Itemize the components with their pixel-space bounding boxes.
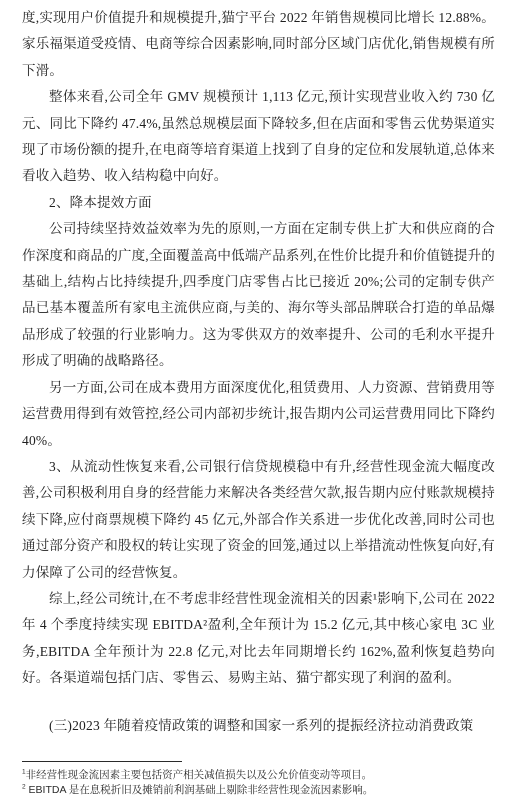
paragraph-gmv-summary: 整体来看,公司全年 GMV 规模预计 1,113 亿元,预计实现营业收入约 73… (22, 84, 495, 190)
paragraph-ebitda-summary: 综上,经公司统计,在不考虑非经营性现金流相关的因素¹影响下,公司在 2022 年… (22, 586, 495, 692)
paragraph-maoning-growth: 度,实现用户价值提升和规模提升,猫宁平台 2022 年销售规模同比增长 12.8… (22, 5, 495, 84)
footnote-2: 2 EBITDA 是在息税折旧及摊销前利润基础上剔除非经营性现金流因素影响。 (22, 783, 495, 798)
document-page: 度,实现用户价值提升和规模提升,猫宁平台 2022 年销售规模同比增长 12.8… (0, 0, 518, 802)
footnote-divider (22, 761, 182, 762)
heading-cost-reduction-section: 2、降本提效方面 (22, 190, 495, 216)
footnote-1: 1非经营性现金流因素主要包括资产相关减值损失以及公允价值变动等项目。 (22, 768, 495, 783)
footnote-1-text: 非经营性现金流因素主要包括资产相关减值损失以及公允价值变动等项目。 (26, 769, 373, 781)
document-body: 度,实现用户价值提升和规模提升,猫宁平台 2022 年销售规模同比增长 12.8… (22, 5, 495, 739)
footnote-block: 1非经营性现金流因素主要包括资产相关减值损失以及公允价值变动等项目。 2 EBI… (22, 761, 495, 798)
paragraph-liquidity-recovery: 3、从流动性恢复来看,公司银行信贷规模稳中有升,经营性现金流大幅度改善,公司积极… (22, 454, 495, 586)
paragraph-custom-supply: 公司持续坚持效益效率为先的原则,一方面在定制专供上扩大和供应商的合作深度和商品的… (22, 216, 495, 374)
footnote-2-text: EBITDA 是在息税折旧及摊销前利润基础上剔除非经营性现金流因素影响。 (26, 784, 374, 796)
paragraph-expense-control: 另一方面,公司在成本费用方面深度优化,租赁费用、人力资源、营销费用等运营费用得到… (22, 375, 495, 454)
heading-2023-outlook-section: (三)2023 年随着疫情政策的调整和国家一系列的提振经济拉动消费政策 (22, 713, 495, 739)
